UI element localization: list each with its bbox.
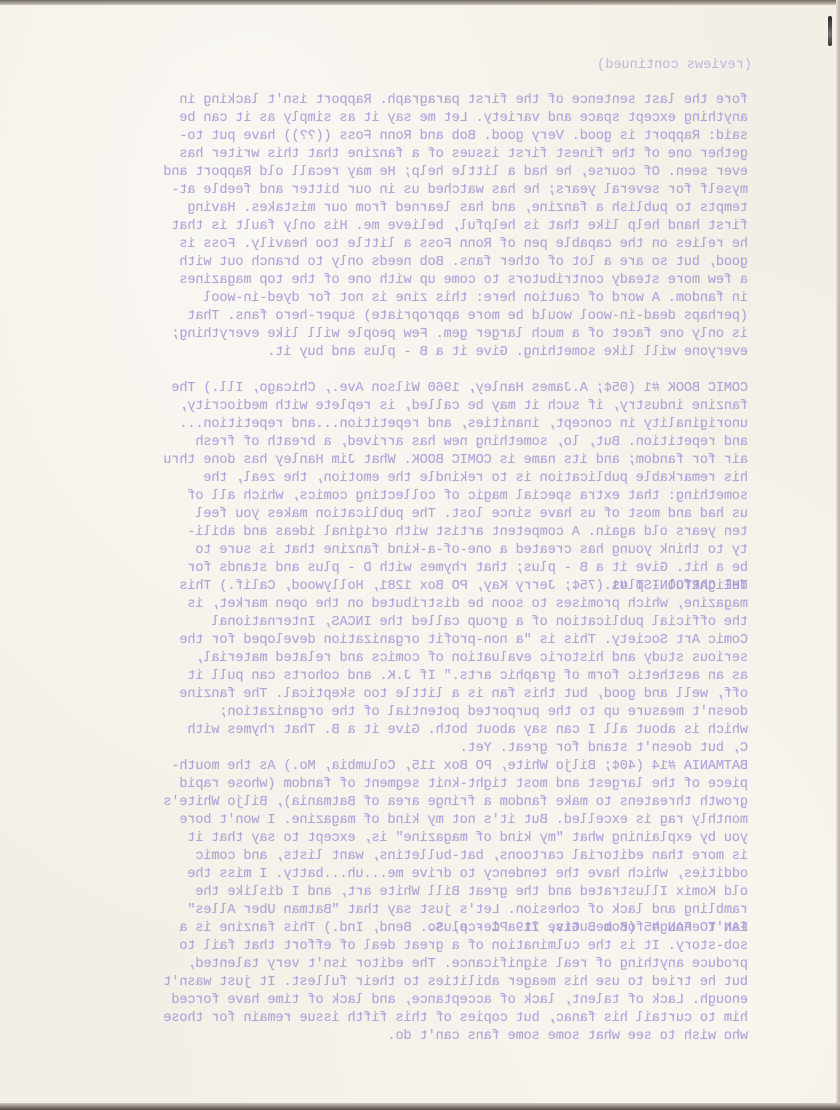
text-line: fore the last sentence of the first para…: [88, 92, 748, 110]
text-line: air for fandom; and its name is COMIC BO…: [88, 452, 748, 470]
text-line: be a hit. Give it a B - plus; that rhyme…: [88, 560, 748, 578]
text-line: COMIC BOOK #1 (05¢; A.James Hanley, 1960…: [88, 380, 748, 398]
text-line: first hand help like that is helpful, be…: [88, 218, 748, 236]
text-line: growth threatens to make fandom a fringe…: [88, 794, 748, 812]
header-note: (reviews continued): [597, 58, 752, 73]
text-line: he relies on the capable pen of Ronn Fos…: [88, 236, 748, 254]
text-line: C, but doesn't stand for great. Yet.: [88, 740, 748, 758]
text-line: (perhaps dead-in-wool would be more appr…: [88, 308, 748, 326]
text-line: Comic Art Society. This is "a non-profit…: [88, 632, 748, 650]
text-line: fanzine industry, if such it may be call…: [88, 398, 748, 416]
text-line: gether one of the finest first issues of…: [88, 146, 748, 164]
text-line: said: Rapport is good. Very good. Bob an…: [88, 128, 748, 146]
paragraph-cartoonist-review: THE CARTOONIST #1 (75¢; Jerry Kay, PO Bo…: [88, 578, 748, 758]
text-line: us had and most of us have since lost. T…: [88, 506, 748, 524]
text-line: everyone will like something. Give it a …: [88, 344, 748, 362]
text-line: which is about all I can say about both.…: [88, 722, 748, 740]
text-line: and repetition. But, lo, something new h…: [88, 434, 748, 452]
text-line: doesn't measure up to the purported pote…: [88, 704, 748, 722]
text-line: who wish to see what some some fans can'…: [88, 1028, 748, 1046]
paragraph-rapport-conclusion: fore the last sentence of the first para…: [88, 92, 748, 362]
text-line: tempts to publish a fanzine, and has lea…: [88, 200, 748, 218]
text-line: but he tried to use his meager abilities…: [88, 974, 748, 992]
text-line: ten years old again. A competent artist …: [88, 524, 748, 542]
text-line: him to curtail his fanac, but copies of …: [88, 1010, 748, 1028]
text-line: off, well and good, but this fan is a li…: [88, 686, 748, 704]
text-line: monthly rag is excelled. But it's not my…: [88, 812, 748, 830]
text-line: is more than editorial cartoons, bat-bul…: [88, 848, 748, 866]
text-line: enough. Lack of talent, lack of acceptan…: [88, 992, 748, 1010]
show-through-text: (reviews continued) fore the last senten…: [0, 0, 840, 1110]
text-line: old Komix Illustrated and the great Bill…: [88, 884, 748, 902]
text-line: sob-story. It is the culmination of a gr…: [88, 938, 748, 956]
text-line: oddities, which have the tendency to dri…: [88, 866, 748, 884]
text-line: the official publication of a group call…: [88, 614, 748, 632]
text-line: produce anything of real significance. T…: [88, 956, 748, 974]
text-line: you by explaining what "my kind of magaz…: [88, 830, 748, 848]
paragraph-comic-book-review: COMIC BOOK #1 (05¢; A.James Hanley, 1960…: [88, 380, 748, 596]
text-line: anything except space and variety. Let m…: [88, 110, 748, 128]
text-line: as an aesthetic form of graphic arts." I…: [88, 668, 748, 686]
paragraph-batmania-review: BATMANIA #14 (40¢; Biljo White, PO Box 1…: [88, 758, 748, 938]
text-line: good, but so are a lot of other fans. Bo…: [88, 254, 748, 272]
text-line: serious study and historic evaluation of…: [88, 650, 748, 668]
text-line: a few more steady contributors to come u…: [88, 272, 748, 290]
text-line: unoriginality in concept, inanities, and…: [88, 416, 748, 434]
text-line: ty to think young has created a one-of-a…: [88, 542, 748, 560]
text-line: is only one facet of a much larger gem. …: [88, 326, 748, 344]
text-line: THE CARTOONIST #1 (75¢; Jerry Kay, PO Bo…: [88, 578, 748, 596]
text-line: BATMANIA #14 (40¢; Biljo White, PO Box 1…: [88, 758, 748, 776]
text-line: something: that extra special magic of c…: [88, 488, 748, 506]
text-line: rambling and lack of cohesion. Let's jus…: [88, 902, 748, 920]
paragraph-fan-to-fan-review: FAN TO FAN #5 (Bob Butts, 719 Pierce, So…: [88, 920, 748, 1046]
text-line: piece of the largest and most tight-knit…: [88, 776, 748, 794]
text-line: magazine, which promises to soon be dist…: [88, 596, 748, 614]
text-line: FAN TO FAN #5 (Bob Butts, 719 Pierce, So…: [88, 920, 748, 938]
text-line: ever seen. Of course, he had a little he…: [88, 164, 748, 182]
text-line: myself for several years; he has watched…: [88, 182, 748, 200]
text-line: his remarkable publication is to rekindl…: [88, 470, 748, 488]
text-line: in fandom. A word of caution here: this …: [88, 290, 748, 308]
